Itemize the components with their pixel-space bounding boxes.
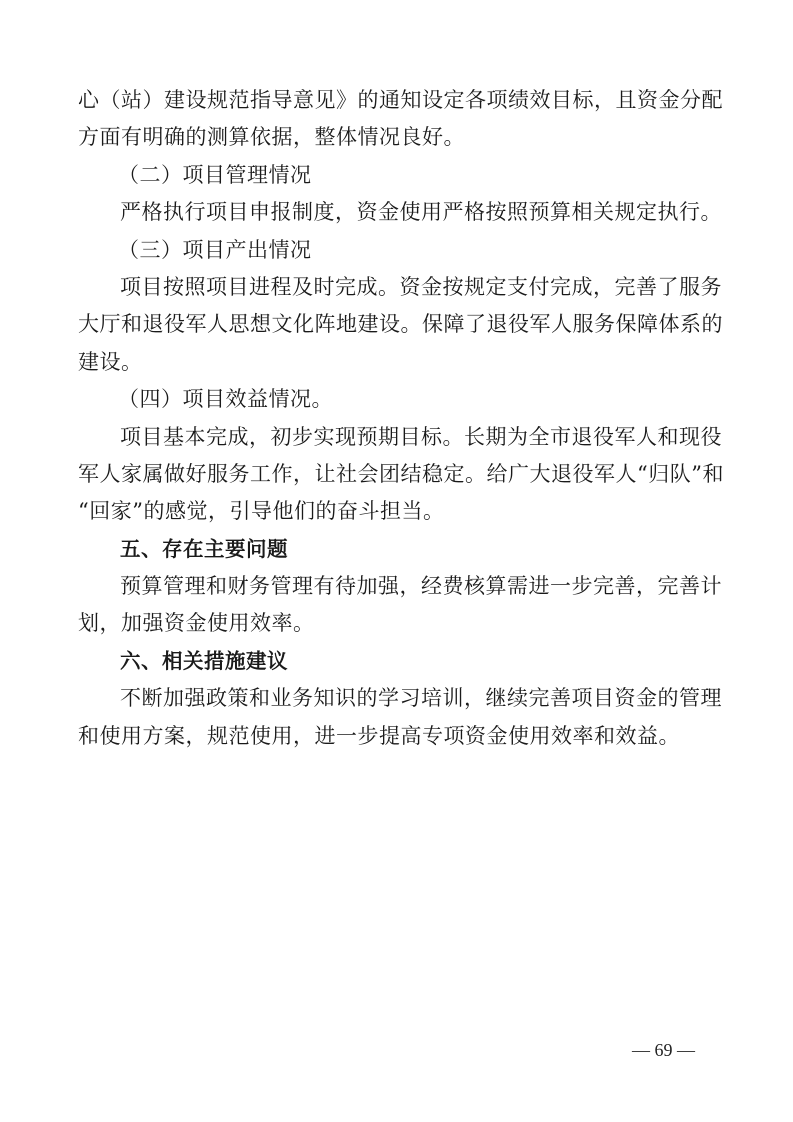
paragraph-line: 建设。 [78,344,718,381]
document-page: 心（站）建设规范指导意见》的通知设定各项绩效目标，且资金分配 方面有明确的测算依… [78,82,718,755]
subheading-project-output: （三）项目产出情况 [78,232,718,269]
paragraph-line: 不断加强政策和业务知识的学习培训，继续完善项目资金的管理 [78,680,718,717]
paragraph-line: 方面有明确的测算依据，整体情况良好。 [78,119,718,156]
paragraph-line: 和使用方案，规范使用，进一步提高专项资金使用效率和效益。 [78,718,718,755]
subheading-project-benefit: （四）项目效益情况。 [78,381,718,418]
paragraph-line: “回家”的感觉，引导他们的奋斗担当。 [78,493,718,530]
paragraph-line: 心（站）建设规范指导意见》的通知设定各项绩效目标，且资金分配 [78,82,718,119]
paragraph-line: 项目基本完成，初步实现预期目标。长期为全市退役军人和现役 [78,419,718,456]
subheading-project-management: （二）项目管理情况 [78,157,718,194]
heading-recommendations: 六、相关措施建议 [78,643,718,680]
paragraph-line: 划，加强资金使用效率。 [78,605,718,642]
paragraph-line: 严格执行项目申报制度，资金使用严格按照预算相关规定执行。 [78,194,718,231]
heading-main-problems: 五、存在主要问题 [78,531,718,568]
paragraph-line: 大厅和退役军人思想文化阵地建设。保障了退役军人服务保障体系的 [78,306,718,343]
paragraph-line: 预算管理和财务管理有待加强，经费核算需进一步完善，完善计 [78,568,718,605]
paragraph-line: 军人家属做好服务工作，让社会团结稳定。给广大退役军人“归队”和 [78,456,718,493]
paragraph-line: 项目按照项目进程及时完成。资金按规定支付完成，完善了服务 [78,269,718,306]
page-number: — 69 — [632,1040,695,1061]
